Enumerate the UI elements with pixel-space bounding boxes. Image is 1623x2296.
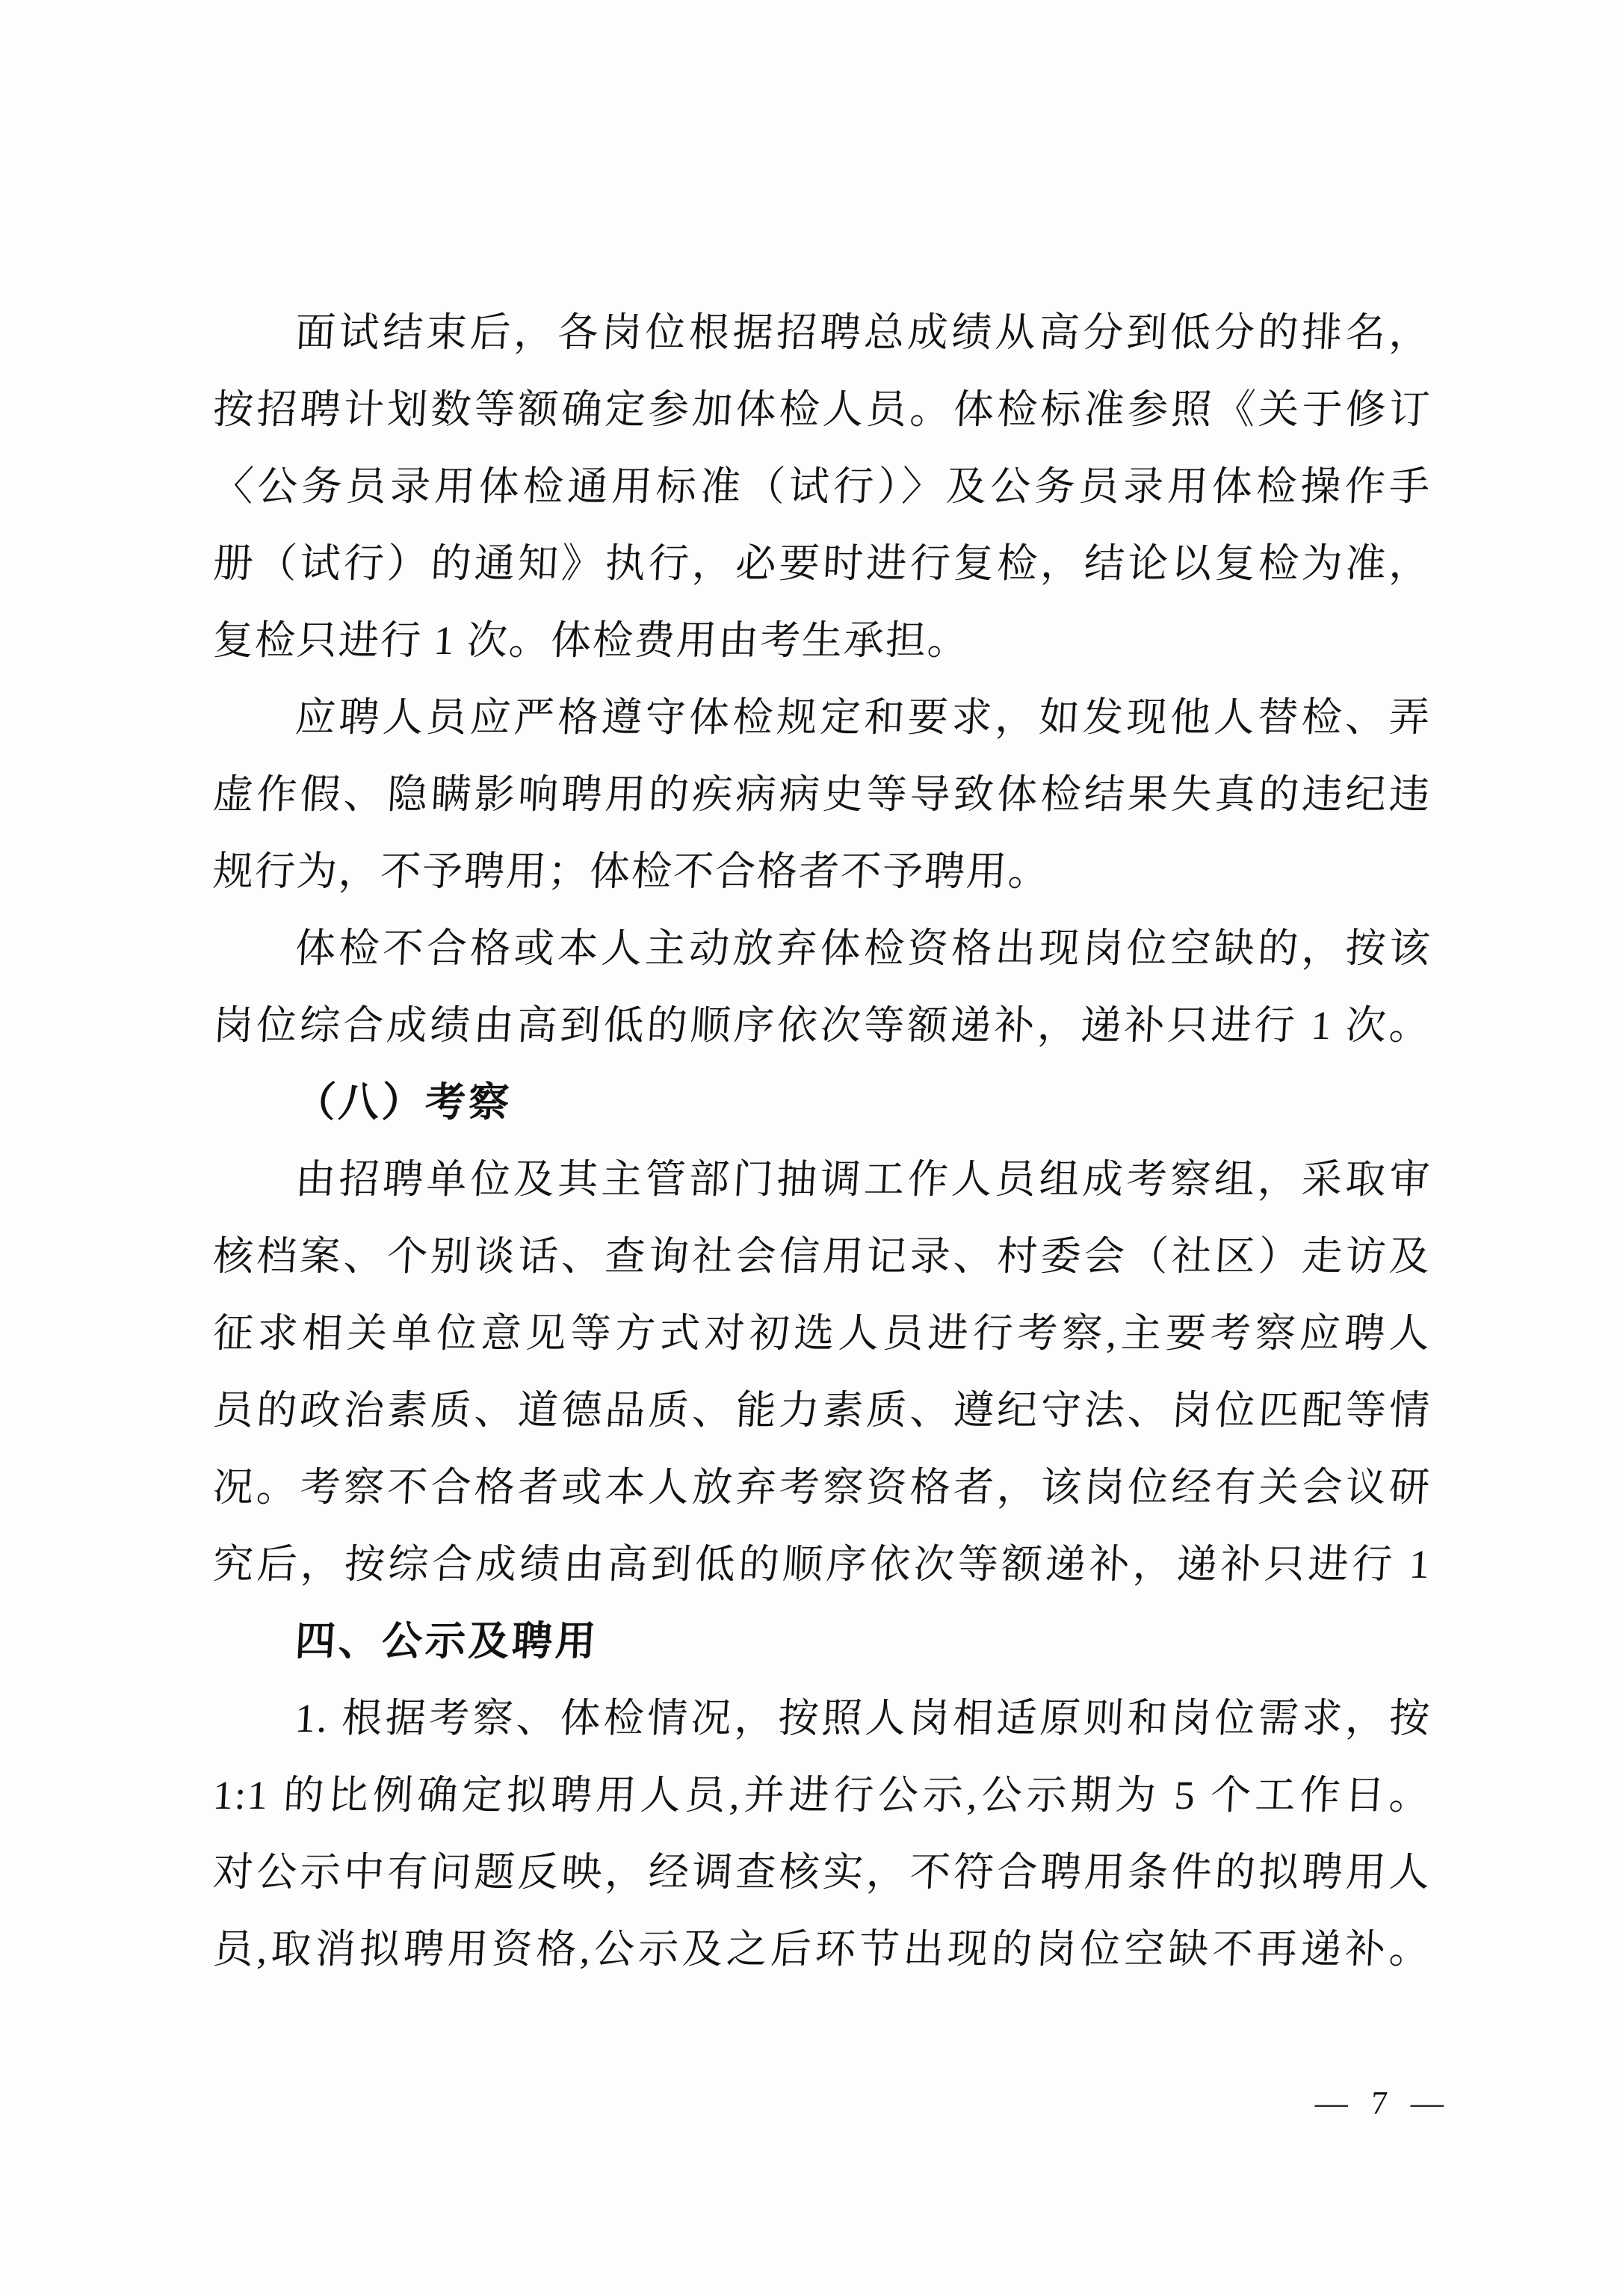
text-line: 况。考察不合格者或本人放弃考察资格者，该岗位经有关会议研 bbox=[211, 1449, 1432, 1526]
text-line: 虚作假、隐瞒影响聘用的疾病病史等导致体检结果失真的违纪违 bbox=[211, 756, 1432, 833]
text-line: 对公示中有问题反映，经调查核实，不符合聘用条件的拟聘用人 bbox=[211, 1834, 1432, 1911]
text-line: 岗位综合成绩由高到低的顺序依次等额递补，递补只进行 1 次。 bbox=[211, 987, 1432, 1064]
text-line: 册（试行）的通知》执行，必要时进行复检，结论以复检为准， bbox=[211, 525, 1432, 602]
section-heading: （八）考察 bbox=[211, 1064, 1432, 1141]
text-line: 核档案、个别谈话、查询社会信用记录、村委会（社区）走访及 bbox=[211, 1218, 1432, 1295]
text-line: 究后，按综合成绩由高到低的顺序依次等额递补，递补只进行 1 次。 bbox=[211, 1526, 1432, 1603]
text-line: 1:1 的比例确定拟聘用人员,并进行公示,公示期为 5 个工作日。 bbox=[211, 1757, 1432, 1834]
section-heading: 四、公示及聘用 bbox=[211, 1603, 1432, 1680]
text-line: 征求相关单位意见等方式对初选人员进行考察,主要考察应聘人 bbox=[211, 1295, 1432, 1372]
text-line: 复检只进行 1 次。体检费用由考生承担。 bbox=[211, 602, 1432, 679]
document-page: 面试结束后，各岗位根据招聘总成绩从高分到低分的排名， 按招聘计划数等额确定参加体… bbox=[0, 0, 1623, 2296]
text-line: 员,取消拟聘用资格,公示及之后环节出现的岗位空缺不再递补。 bbox=[211, 1911, 1432, 1988]
document-text-block: 面试结束后，各岗位根据招聘总成绩从高分到低分的排名， 按招聘计划数等额确定参加体… bbox=[213, 294, 1431, 1988]
text-line: 规行为，不予聘用；体检不合格者不予聘用。 bbox=[211, 833, 1432, 910]
text-line: 员的政治素质、道德品质、能力素质、遵纪守法、岗位匹配等情 bbox=[211, 1372, 1432, 1449]
text-line: 面试结束后，各岗位根据招聘总成绩从高分到低分的排名， bbox=[211, 294, 1432, 371]
text-line: 按招聘计划数等额确定参加体检人员。体检标准参照《关于修订 bbox=[211, 371, 1432, 448]
text-line: 应聘人员应严格遵守体检规定和要求，如发现他人替检、弄 bbox=[211, 679, 1432, 756]
text-line: 由招聘单位及其主管部门抽调工作人员组成考察组，采取审 bbox=[211, 1141, 1432, 1218]
text-line: 体检不合格或本人主动放弃体检资格出现岗位空缺的，按该 bbox=[211, 910, 1432, 987]
text-line: 〈公务员录用体检通用标准（试行）〉及公务员录用体检操作手 bbox=[211, 448, 1432, 525]
text-line: 1. 根据考察、体检情况，按照人岗相适原则和岗位需求，按 bbox=[211, 1680, 1432, 1757]
page-number: — 7 — bbox=[1314, 2081, 1452, 2126]
